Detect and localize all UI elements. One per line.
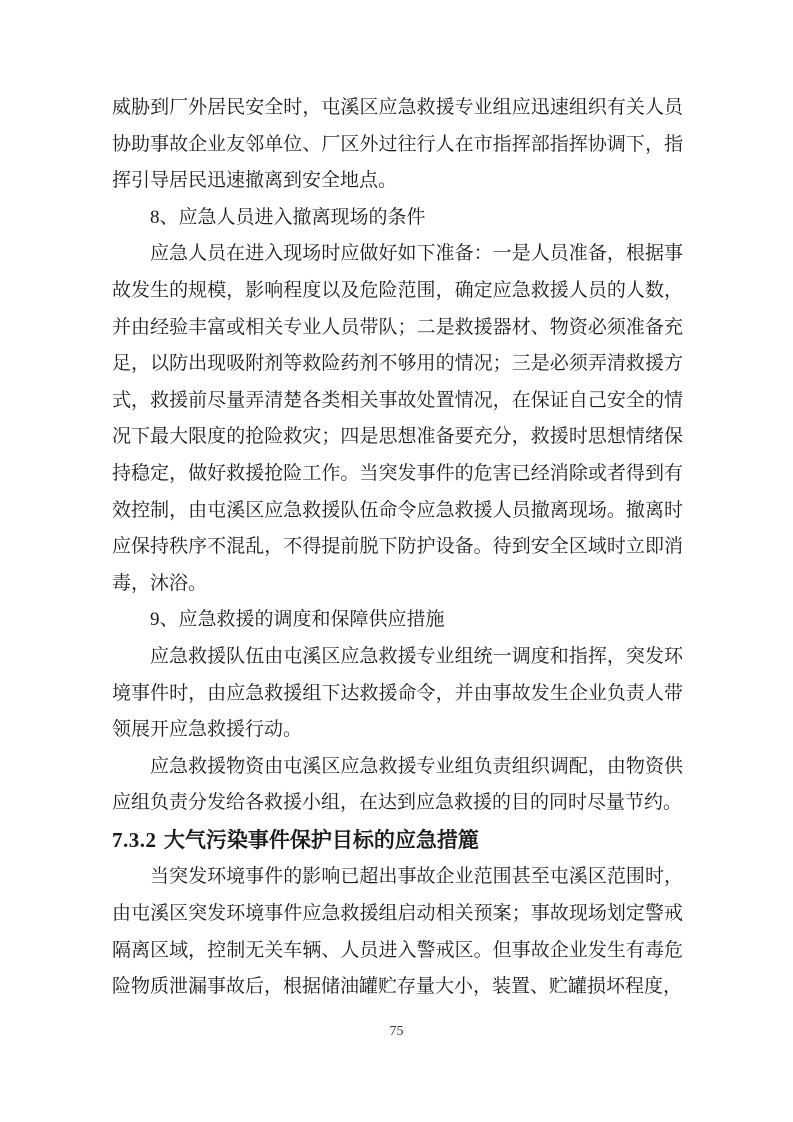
page-number: 75 — [390, 1024, 404, 1039]
paragraph-8: 应急人员在进入现场时应做好如下准备：一是人员准备，根据事故发生的规模，影响程度以… — [112, 236, 683, 602]
section-heading-7-3-2: 7.3.2大气污染事件保护目标的应急措簏 — [112, 822, 683, 860]
page-footer: 75 — [0, 1024, 793, 1040]
item-heading-9: 9、应急救援的调度和保障供应措施 — [112, 602, 683, 639]
document-page: 威胁到厂外居民安全时，屯溪区应急救援专业组应迅速组织有关人员协助事故企业友邻单位… — [0, 0, 793, 1122]
paragraph-9b: 应急救援物资由屯溪区应急救援专业组负责组织调配，由物资供应组负责分发给各救援小组… — [112, 749, 683, 822]
paragraph-continued: 威胁到厂外居民安全时，屯溪区应急救援专业组应迅速组织有关人员协助事故企业友邻单位… — [112, 90, 683, 200]
paragraph-9a: 应急救援队伍由屯溪区应急救援专业组统一调度和指挥，突发环境事件时，由应急救援组下… — [112, 639, 683, 749]
page-body: 威胁到厂外居民安全时，屯溪区应急救援专业组应迅速组织有关人员协助事故企业友邻单位… — [112, 90, 683, 1006]
paragraph-7-3-2: 当突发环境事件的影响已超出事故企业范围甚至屯溪区范围时，由屯溪区突发环境事件应急… — [112, 859, 683, 1005]
section-heading-number: 7.3.2 — [112, 828, 157, 852]
item-heading-8: 8、应急人员进入撤离现场的条件 — [112, 200, 683, 237]
section-heading-title: 大气污染事件保护目标的应急措簏 — [164, 829, 479, 852]
